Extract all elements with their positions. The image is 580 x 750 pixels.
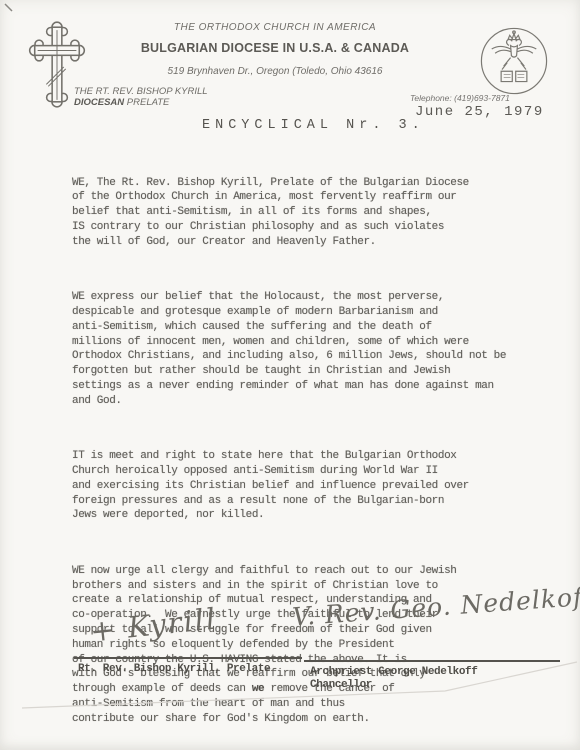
diocese-address: 519 Brynhaven Dr., Oregon (Toledo, Ohio … [130,66,420,78]
emphasized-we: we [252,683,264,695]
prelate-title: DIOCESAN PRELATE [74,97,208,108]
telephone-number: Telephone: (419)693-7871 [410,93,510,103]
signature-rule-left [74,657,302,659]
paragraph-1: WE, The Rt. Rev. Bishop Kyrill, Prelate … [72,176,552,250]
letter-date: June 25, 1979 [415,104,544,120]
encyclical-title: ENCYCLICAL Nr. 3. [202,118,425,133]
scanned-encyclical-page: THE ORTHODOX CHURCH IN AMERICA BULGARIAN… [0,0,580,750]
diocese-name: BULGARIAN DIOCESE IN U.S.A. & CANADA [130,41,420,55]
prelate-title-bold: DIOCESAN [74,97,124,108]
prelate-block: THE RT. REV. BISHOP KYRILL DIOCESAN PREL… [74,86,208,108]
signature-left-typed-name: Rt. Rev. Bishop Kyrill, Prelate [78,663,270,675]
letterhead-center: THE ORTHODOX CHURCH IN AMERICA BULGARIAN… [130,22,420,78]
signature-right-typed-name: Archpriest George Nedelkoff [310,666,477,679]
diocese-seal-icon [478,25,550,97]
prelate-title-italic: PRELATE [124,97,169,108]
signature-right-typed-block: Archpriest George Nedelkoff Chancellor [310,666,477,692]
signature-rule-right [304,660,560,662]
paragraph-4: WE now urge all clergy and faithful to r… [72,564,552,727]
church-name: THE ORTHODOX CHURCH IN AMERICA [130,22,420,34]
signature-right-typed-title: Chancellor [310,679,477,692]
paragraph-3: IT is meet and right to state here that … [72,449,552,523]
paragraph-2: WE express our belief that the Holocaust… [72,290,552,408]
prelate-name: THE RT. REV. BISHOP KYRILL [74,86,208,97]
